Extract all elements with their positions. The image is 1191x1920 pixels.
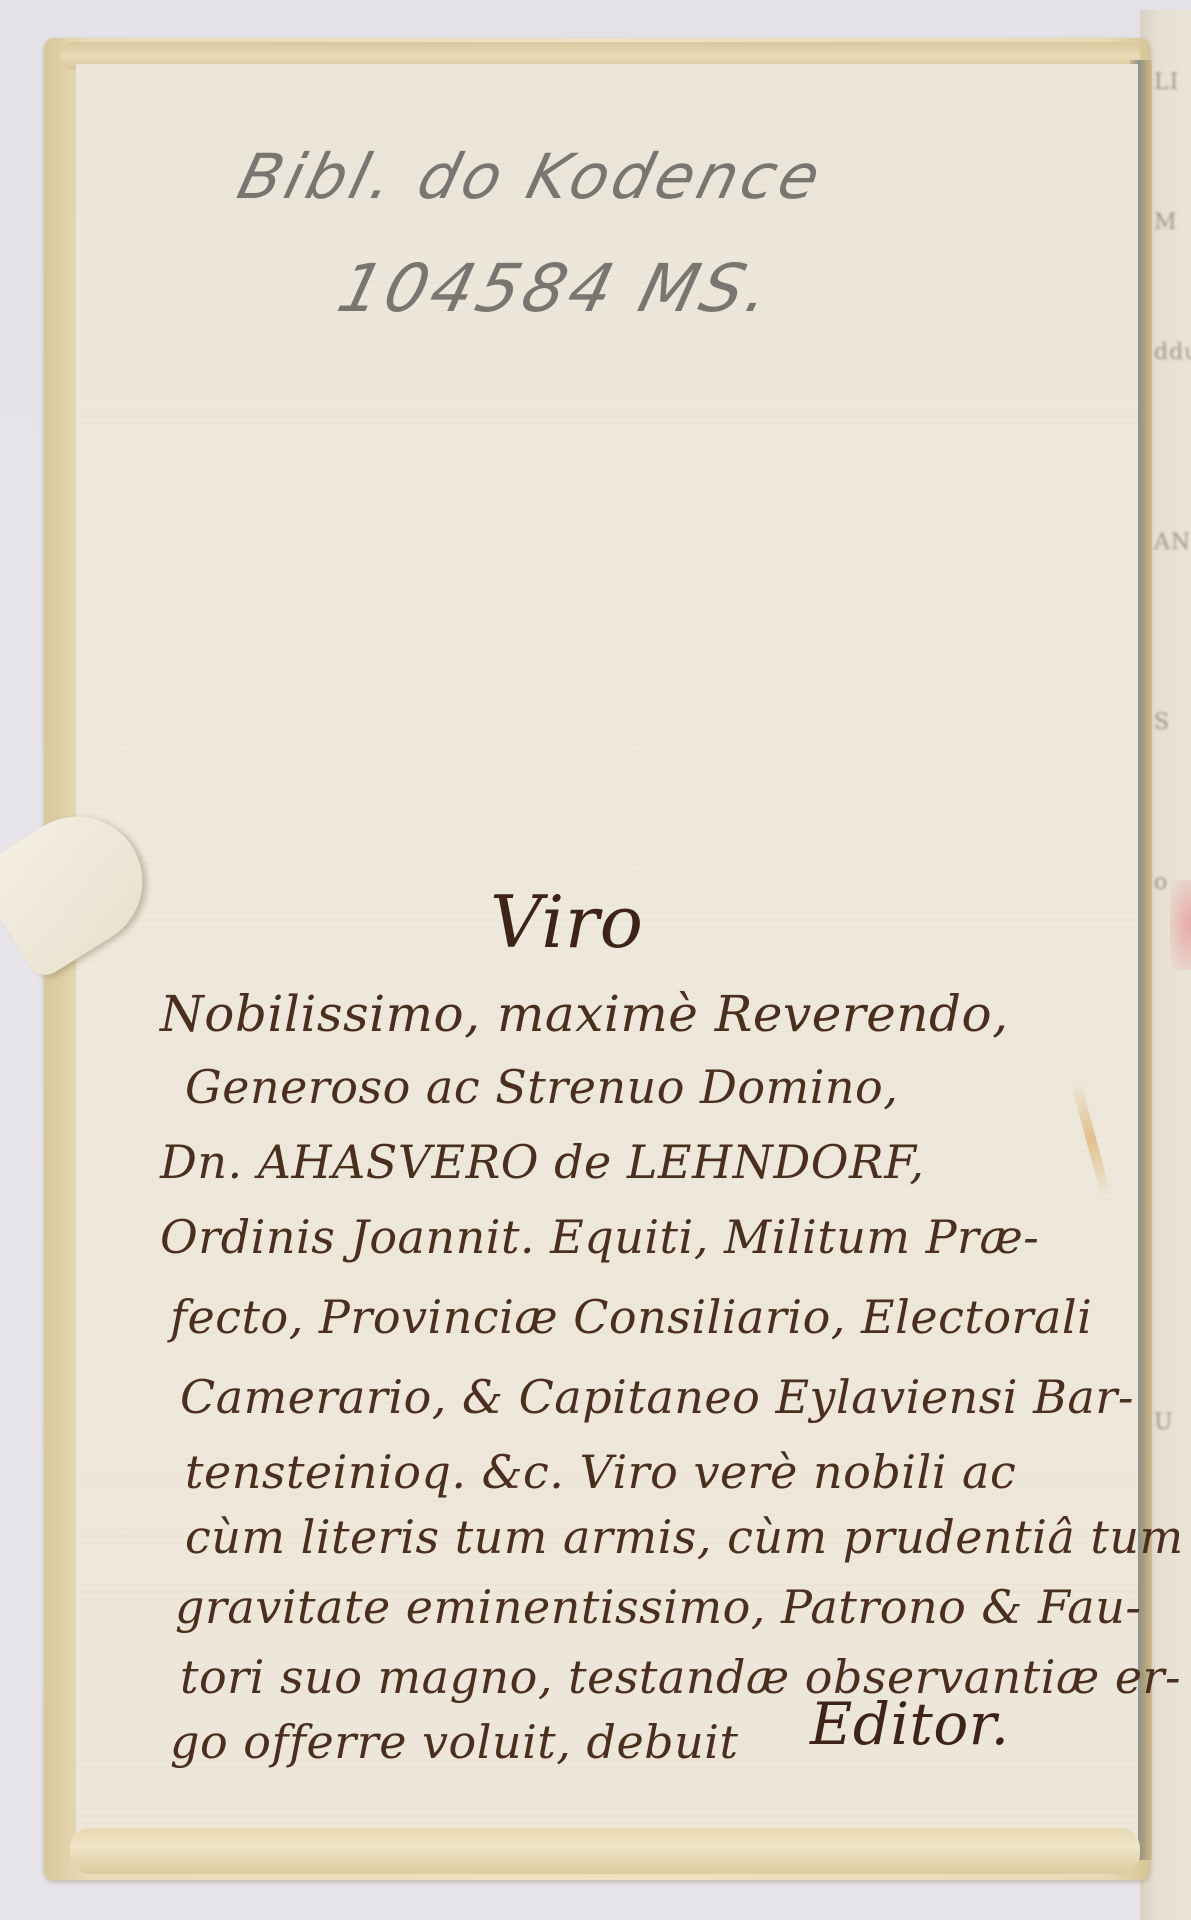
dedication-line: Nobilissimo, maximè Reverendo, (160, 985, 1009, 1043)
dedication-line: cùm literis tum armis, cùm prudentiâ tum (185, 1510, 1184, 1564)
cover-bottom-edge (70, 1828, 1140, 1874)
adjacent-text-fragment: S (1154, 710, 1170, 735)
signature-editor: Editor. (810, 1690, 1010, 1758)
adjacent-text-fragment: M (1154, 210, 1178, 235)
adjacent-text-fragment: ddu (1154, 340, 1191, 365)
adjacent-text-fragment: o (1154, 870, 1168, 895)
dedication-line: go offerre voluit, debuit (170, 1715, 738, 1769)
adjacent-text-fragment: LI (1154, 70, 1179, 95)
pencil-shelfmark-line2: 104584 MS. (330, 250, 782, 327)
pencil-shelfmark-line1: Bibl. do Kodence (231, 140, 831, 213)
dedication-line: Ordinis Joannit. Equiti, Militum Præ- (160, 1210, 1039, 1264)
adjacent-text-fragment: U (1154, 1410, 1174, 1435)
red-mark (1170, 880, 1191, 970)
dedication-line: tensteinioq. &c. Viro verè nobili ac (185, 1445, 1016, 1499)
dedication-line: tori suo magno, testandæ observantiæ er- (180, 1650, 1181, 1704)
dedication-line: gravitate eminentissimo, Patrono & Fau- (175, 1580, 1141, 1634)
dedication-line: Dn. AHASVERO de LEHNDORF, (160, 1135, 924, 1189)
dedication-line: fecto, Provinciæ Consiliario, Electorali (170, 1290, 1092, 1344)
dedication-heading: Viro (490, 880, 644, 964)
adjacent-text-fragment: AN L (1154, 530, 1191, 555)
dedication-line: Generoso ac Strenuo Domino, (185, 1060, 898, 1114)
scanned-book-page: LI M ddu AN L S o U Bibl. do Kodence 104… (0, 0, 1191, 1920)
ink-stain (1071, 1080, 1112, 1198)
dedication-line: Camerario, & Capitaneo Eylaviensi Bar- (180, 1370, 1134, 1424)
